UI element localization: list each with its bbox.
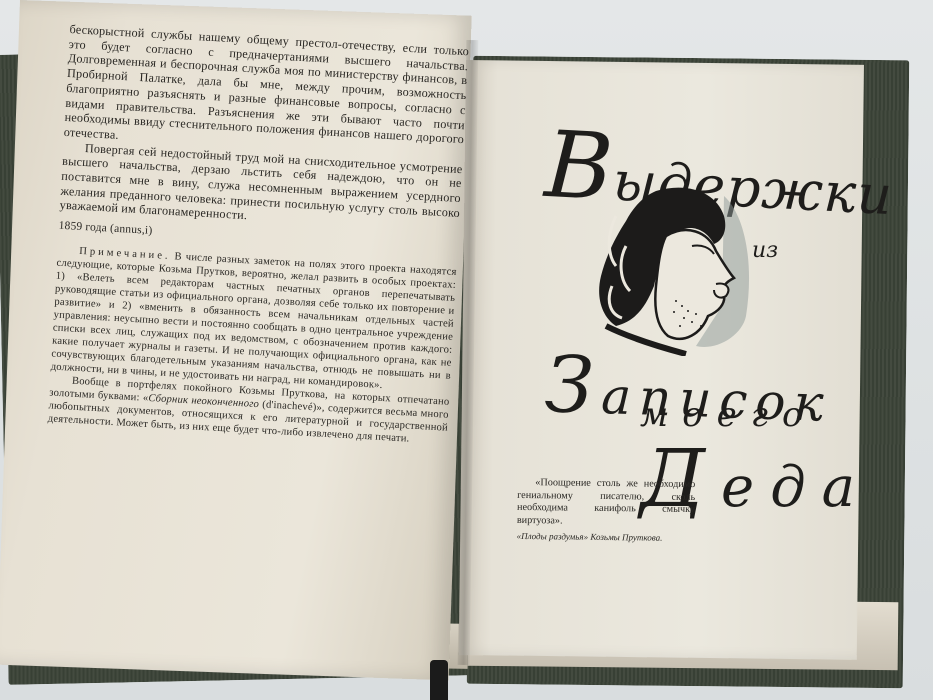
bookmark-ribbon xyxy=(430,660,448,700)
epigraph: «Поощрение столь же необходимо гениально… xyxy=(517,477,696,544)
epigraph-quote: «Поощрение столь же необходимо гениально… xyxy=(517,477,696,530)
left-page-text: бескорыстной службы нашему общему престо… xyxy=(47,22,469,448)
title-word-moego: моего xyxy=(640,395,816,435)
note-text: В числе разных заметок на полях этого пр… xyxy=(50,251,457,391)
paragraph: бескорыстной службы нашему общему престо… xyxy=(63,22,469,162)
portrait-illustration xyxy=(596,186,756,356)
footnote: Примечание. В числе разных заметок на по… xyxy=(47,243,457,447)
